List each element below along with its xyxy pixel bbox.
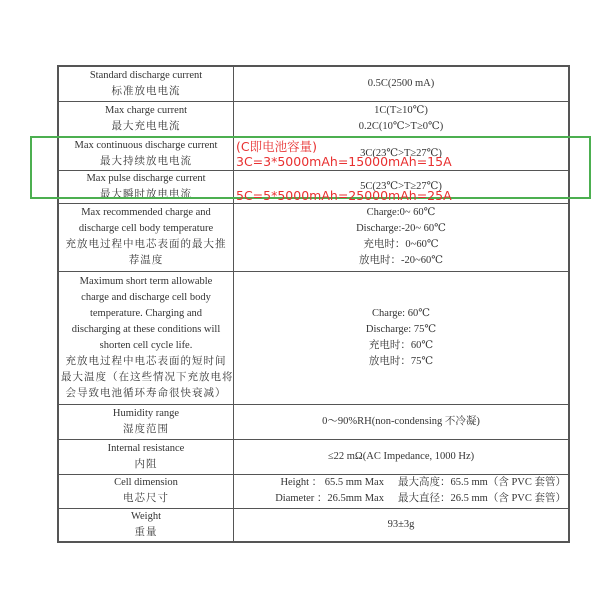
annotation-note: (C即电池容量) <box>236 140 317 153</box>
row-label: Humidity range 湿度范围 <box>58 404 234 439</box>
row-label: Cell dimension 电芯尺寸 <box>58 474 234 508</box>
table-row: Cell dimension 电芯尺寸 Height ： 65.5 mm Max… <box>58 474 569 508</box>
row-label: Max continuous discharge current 最大持续放电电… <box>58 137 234 170</box>
row-label: Max charge current 最大充电电流 <box>58 101 234 137</box>
table-row: Max recommended charge and discharge cel… <box>58 203 569 271</box>
label-line: shorten cell cycle life. <box>61 338 231 354</box>
value-text: 充电时：60℃ <box>236 338 566 354</box>
value-text: 1C(T≥10℃) <box>236 103 566 119</box>
label-en: Cell dimension <box>61 475 231 491</box>
label-en: Standard discharge current <box>61 68 231 84</box>
value-text: 0.2C(10℃>T≥0℃) <box>236 119 566 135</box>
dimension-height: Height ： 65.5 mm Max 最大高度：65.5 mm（含 PVC … <box>236 475 566 491</box>
value-text: 放电时：75℃ <box>236 354 566 370</box>
label-line: 充放电过程中电芯表面的短时间 <box>61 354 231 370</box>
label-line: 会导致电池循环寿命很快衰减） <box>61 386 231 402</box>
table-row: Max charge current 最大充电电流 1C(T≥10℃) 0.2C… <box>58 101 569 137</box>
row-value: 0.5C(2500 mA) <box>234 66 570 101</box>
value-text: 最大高度：65.5 mm（含 PVC 套管） <box>398 475 566 491</box>
label-en: Max charge current <box>61 103 231 119</box>
label-line: 荐温度 <box>61 253 231 269</box>
row-value: Charge:0~ 60℃ Discharge:-20~ 60℃ 充电时：0~6… <box>234 203 570 271</box>
value-text: 0～90%RH(non-condensing 不冷凝) <box>236 414 566 430</box>
label-zh: 电芯尺寸 <box>61 491 231 507</box>
row-label: Standard discharge current 标准放电电流 <box>58 66 234 101</box>
row-label: Weight 重量 <box>58 508 234 542</box>
table-row: Internal resistance 内阻 ≤22 mΩ(AC Impedan… <box>58 439 569 474</box>
label-line: 充放电过程中电芯表面的最大推 <box>61 237 231 253</box>
label-en: Humidity range <box>61 406 231 422</box>
value-text: 0.5C(2500 mA) <box>236 76 566 92</box>
row-label: Max recommended charge and discharge cel… <box>58 203 234 271</box>
label-zh: 最大持续放电电流 <box>61 154 231 170</box>
label-zh: 重量 <box>61 525 231 541</box>
row-value: Charge: 60℃ Discharge: 75℃ 充电时：60℃ 放电时：7… <box>234 271 570 404</box>
value-text: Charge:0~ 60℃ <box>236 205 566 221</box>
label-line: discharging at these conditions will <box>61 322 231 338</box>
row-value: Height ： 65.5 mm Max 最大高度：65.5 mm（含 PVC … <box>234 474 570 508</box>
label-en: Max continuous discharge current <box>61 138 231 154</box>
row-value: 93±3g <box>234 508 570 542</box>
table-row: Maximum short term allowable charge and … <box>58 271 569 404</box>
table-row: Weight 重量 93±3g <box>58 508 569 542</box>
value-text: 充电时：0~60℃ <box>236 237 566 253</box>
table-row: Standard discharge current 标准放电电流 0.5C(2… <box>58 66 569 101</box>
value-text: 93±3g <box>236 517 566 533</box>
row-value: 1C(T≥10℃) 0.2C(10℃>T≥0℃) <box>234 101 570 137</box>
label-zh: 内阻 <box>61 457 231 473</box>
row-label: Internal resistance 内阻 <box>58 439 234 474</box>
annotation-calc-pulse: 5C=5*5000mAh=25000mAh=25A <box>236 189 452 202</box>
label-line: Maximum short term allowable <box>61 274 231 290</box>
label-en: Internal resistance <box>61 441 231 457</box>
battery-spec-table: Standard discharge current 标准放电电流 0.5C(2… <box>57 65 570 543</box>
value-text: Discharge: 75℃ <box>236 322 566 338</box>
label-line: charge and discharge cell body <box>61 290 231 306</box>
row-value: 0～90%RH(non-condensing 不冷凝) <box>234 404 570 439</box>
label-zh: 湿度范围 <box>61 422 231 438</box>
table-row: Humidity range 湿度范围 0～90%RH(non-condensi… <box>58 404 569 439</box>
value-text: 放电时：-20~60℃ <box>236 253 566 269</box>
value-text: Height ： 65.5 mm Max <box>236 475 384 491</box>
label-zh: 最大瞬时放电电流 <box>61 187 231 203</box>
value-text: Discharge:-20~ 60℃ <box>236 221 566 237</box>
label-line: Max recommended charge and <box>61 205 231 221</box>
value-text: Diameter ：26.5mm Max <box>236 491 384 507</box>
row-label: Max pulse discharge current 最大瞬时放电电流 <box>58 170 234 203</box>
row-label: Maximum short term allowable charge and … <box>58 271 234 404</box>
value-text: Charge: 60℃ <box>236 306 566 322</box>
label-en: Weight <box>61 509 231 525</box>
label-zh: 最大充电电流 <box>61 119 231 135</box>
label-en: Max pulse discharge current <box>61 171 231 187</box>
label-line: 最大温度（在这些情况下充放电将 <box>61 370 231 386</box>
label-line: discharge cell body temperature <box>61 221 231 237</box>
value-text: 最大直径：26.5 mm（含 PVC 套管） <box>398 491 566 507</box>
row-value: ≤22 mΩ(AC Impedance, 1000 Hz) <box>234 439 570 474</box>
value-text: ≤22 mΩ(AC Impedance, 1000 Hz) <box>236 449 566 465</box>
label-zh: 标准放电电流 <box>61 84 231 100</box>
annotation-calc-continuous: 3C=3*5000mAh=15000mAh=15A <box>236 155 452 168</box>
label-line: temperature. Charging and <box>61 306 231 322</box>
dimension-diameter: Diameter ：26.5mm Max 最大直径：26.5 mm（含 PVC … <box>236 491 566 507</box>
